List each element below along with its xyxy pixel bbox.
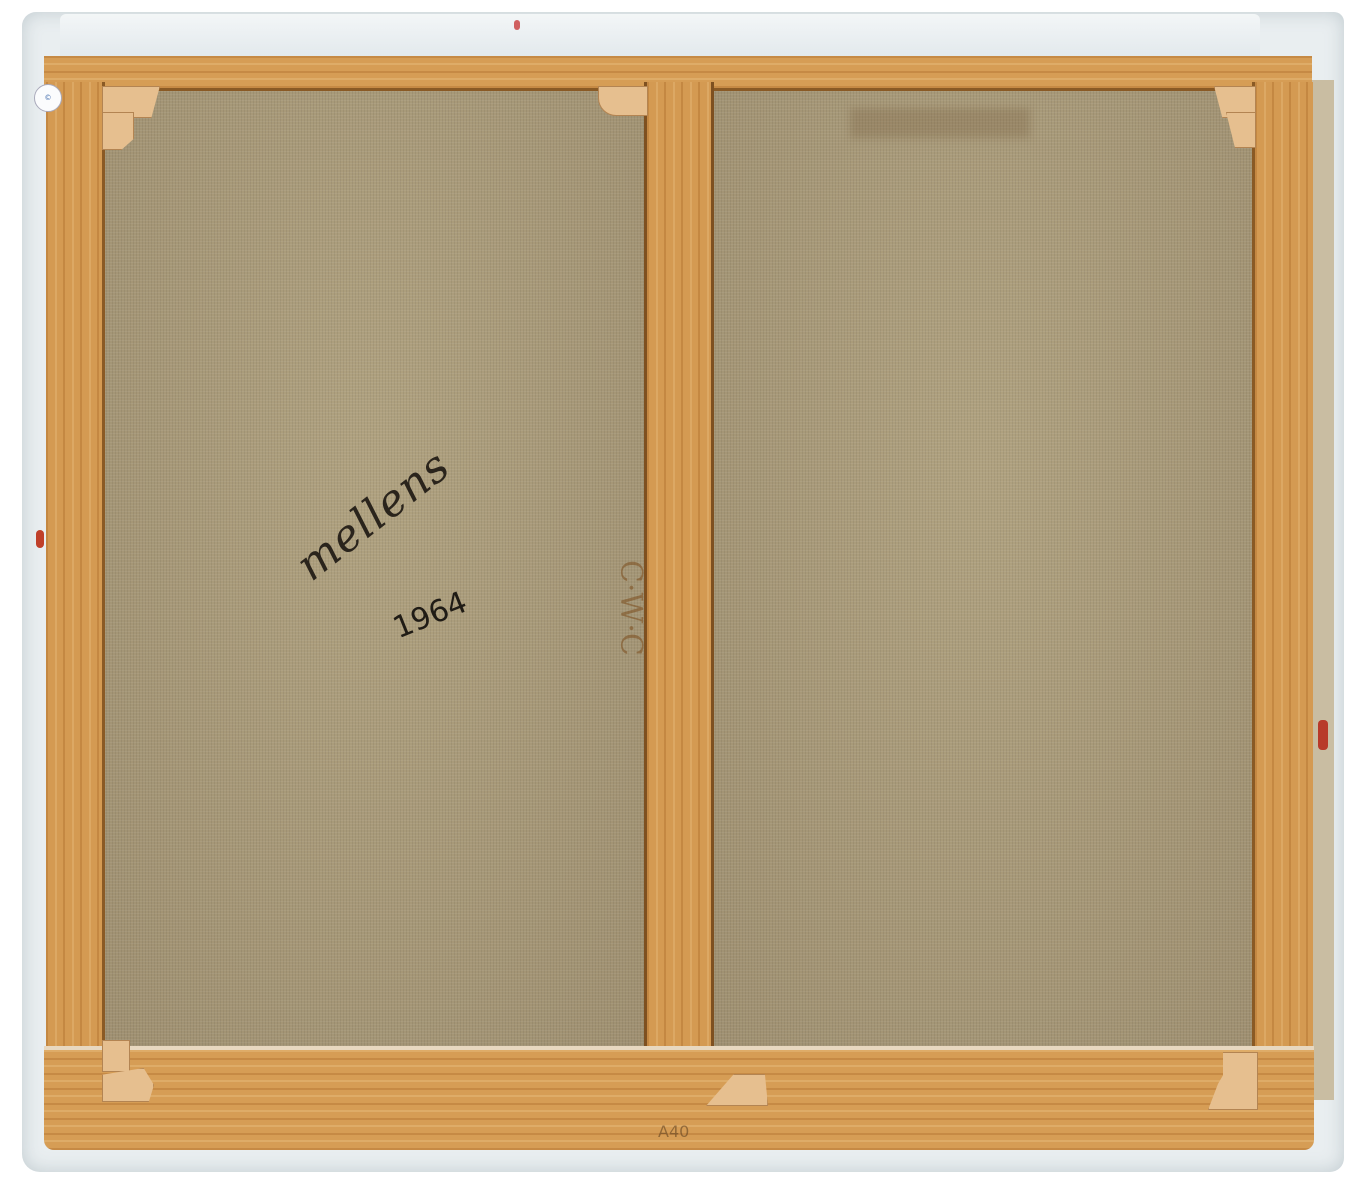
paint-spot-right bbox=[1318, 720, 1328, 750]
linen-panel-left bbox=[100, 86, 646, 1046]
bottom-bar-pencil-mark: A40 bbox=[658, 1122, 689, 1141]
corner-key-bottom-left-upper bbox=[102, 1040, 130, 1072]
middle-bar-pencil-mark: C·W·C bbox=[613, 560, 648, 656]
corner-key-top-middle bbox=[598, 86, 648, 116]
sticker-label: © bbox=[45, 94, 52, 102]
stretcher-bar-right bbox=[1252, 82, 1313, 1082]
circular-sticker: © bbox=[34, 84, 62, 112]
linen-stain bbox=[850, 108, 1030, 138]
stretcher-bar-middle bbox=[644, 82, 714, 1052]
paint-spot-top bbox=[514, 20, 520, 30]
paint-spot-left bbox=[36, 530, 44, 548]
stretcher-bar-left bbox=[46, 82, 105, 1082]
linen-panel-right bbox=[706, 86, 1254, 1046]
